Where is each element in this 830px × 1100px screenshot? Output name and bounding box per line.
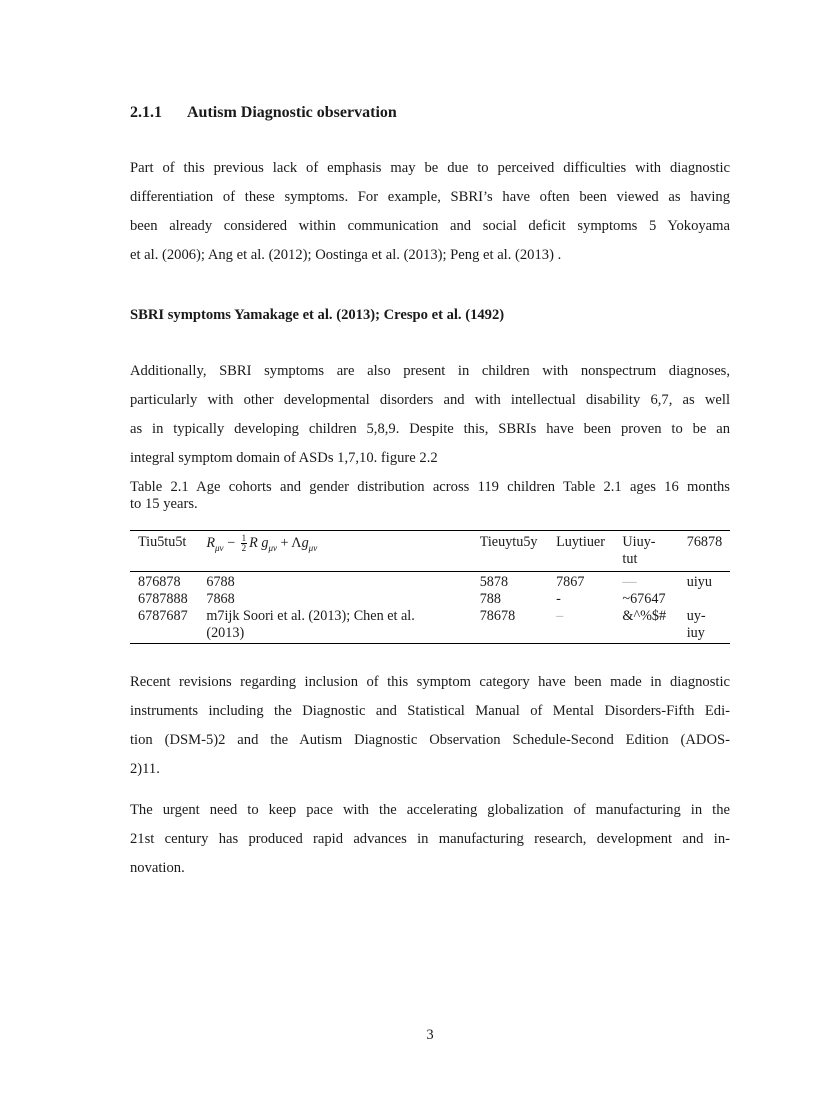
paragraph-line: integral symptom domain of ASDs 1,7,10. … [130, 444, 730, 473]
page-number: 3 [130, 1027, 730, 1044]
fraction: 12 [241, 534, 248, 553]
table-cell: m7ijk Soori et al. (2013); Chen et al.(2… [201, 608, 474, 644]
paragraph-line: et al. (2006); Ang et al. (2012); Oostin… [130, 241, 730, 270]
table-header-row: Tiu5tu5t Rμν − 12R gμν + Λgμν Tieuytu5y … [130, 531, 730, 572]
table-cell: — [617, 572, 681, 592]
table-cell: 78678 [475, 608, 551, 644]
table-cell: 7868 [201, 591, 474, 608]
paragraph-line: tion (DSM-5)2 and the Autism Diagnostic … [130, 726, 730, 755]
table-caption: Table 2.1 Age cohorts and gender distrib… [130, 479, 730, 513]
table-cell: uiyu [682, 572, 730, 592]
table-cell: 5878 [475, 572, 551, 592]
paragraph-line: Recent revisions regarding inclusion of … [130, 668, 730, 697]
table-cell: 6787888 [130, 591, 201, 608]
table-cell: ~67647 [617, 591, 681, 608]
table-cell: uy-iuy [682, 608, 730, 644]
table-cell: 788 [475, 591, 551, 608]
header-col5: 76878 [682, 531, 730, 572]
header-col2: Tieuytu5y [475, 531, 551, 572]
header-col4: Uiuy-tut [617, 531, 681, 572]
table-row: 6787687 m7ijk Soori et al. (2013); Chen … [130, 608, 730, 644]
section-number: 2.1.1 [130, 104, 187, 122]
paragraph-line: Part of this previous lack of emphasis m… [130, 154, 730, 183]
table-cell: 6787687 [130, 608, 201, 644]
section-title: Autism Diagnostic observation [187, 104, 397, 121]
header-col0: Tiu5tu5t [130, 531, 201, 572]
paragraph-line: as in typically developing children 5,8,… [130, 415, 730, 444]
paragraph-heading: SBRI symptoms Yamakage et al. (2013); Cr… [130, 307, 504, 324]
data-table: Tiu5tu5t Rμν − 12R gμν + Λgμν Tieuytu5y … [130, 530, 730, 644]
table-cell: &^%$# [617, 608, 681, 644]
paragraph-line: differentiation of these symptoms. For e… [130, 183, 730, 212]
paragraph-line: The urgent need to keep pace with the ac… [130, 796, 730, 825]
paragraph-line: 2)11. [130, 755, 730, 784]
paragraph-line: 21st century has produced rapid advances… [130, 825, 730, 854]
table-cell: 7867 [551, 572, 617, 592]
section-heading: 2.1.1Autism Diagnostic observation [130, 104, 397, 122]
paragraph-line: instruments including the Diagnostic and… [130, 697, 730, 726]
table-cell: 876878 [130, 572, 201, 592]
paragraph-4: The urgent need to keep pace with the ac… [130, 796, 730, 883]
header-col3: Luytiuer [551, 531, 617, 572]
paragraph-3: Recent revisions regarding inclusion of … [130, 668, 730, 784]
caption-line: to 15 years. [130, 496, 730, 513]
paragraph-line: novation. [130, 854, 730, 883]
table-cell: - [551, 591, 617, 608]
table-row: 6787888 7868 788 - ~67647 [130, 591, 730, 608]
header-formula: Rμν − 12R gμν + Λgμν [201, 531, 474, 572]
table-row: 876878 6788 5878 7867 — uiyu [130, 572, 730, 592]
paragraph-line: been already considered within communica… [130, 212, 730, 241]
table-cell: 6788 [201, 572, 474, 592]
table-cell: – [551, 608, 617, 644]
caption-line: Table 2.1 Age cohorts and gender distrib… [130, 479, 730, 496]
paragraph-1: Part of this previous lack of emphasis m… [130, 154, 730, 270]
paragraph-2: Additionally, SBRI symptoms are also pre… [130, 357, 730, 473]
paragraph-line: particularly with other developmental di… [130, 386, 730, 415]
table-cell [682, 591, 730, 608]
paragraph-line: Additionally, SBRI symptoms are also pre… [130, 357, 730, 386]
